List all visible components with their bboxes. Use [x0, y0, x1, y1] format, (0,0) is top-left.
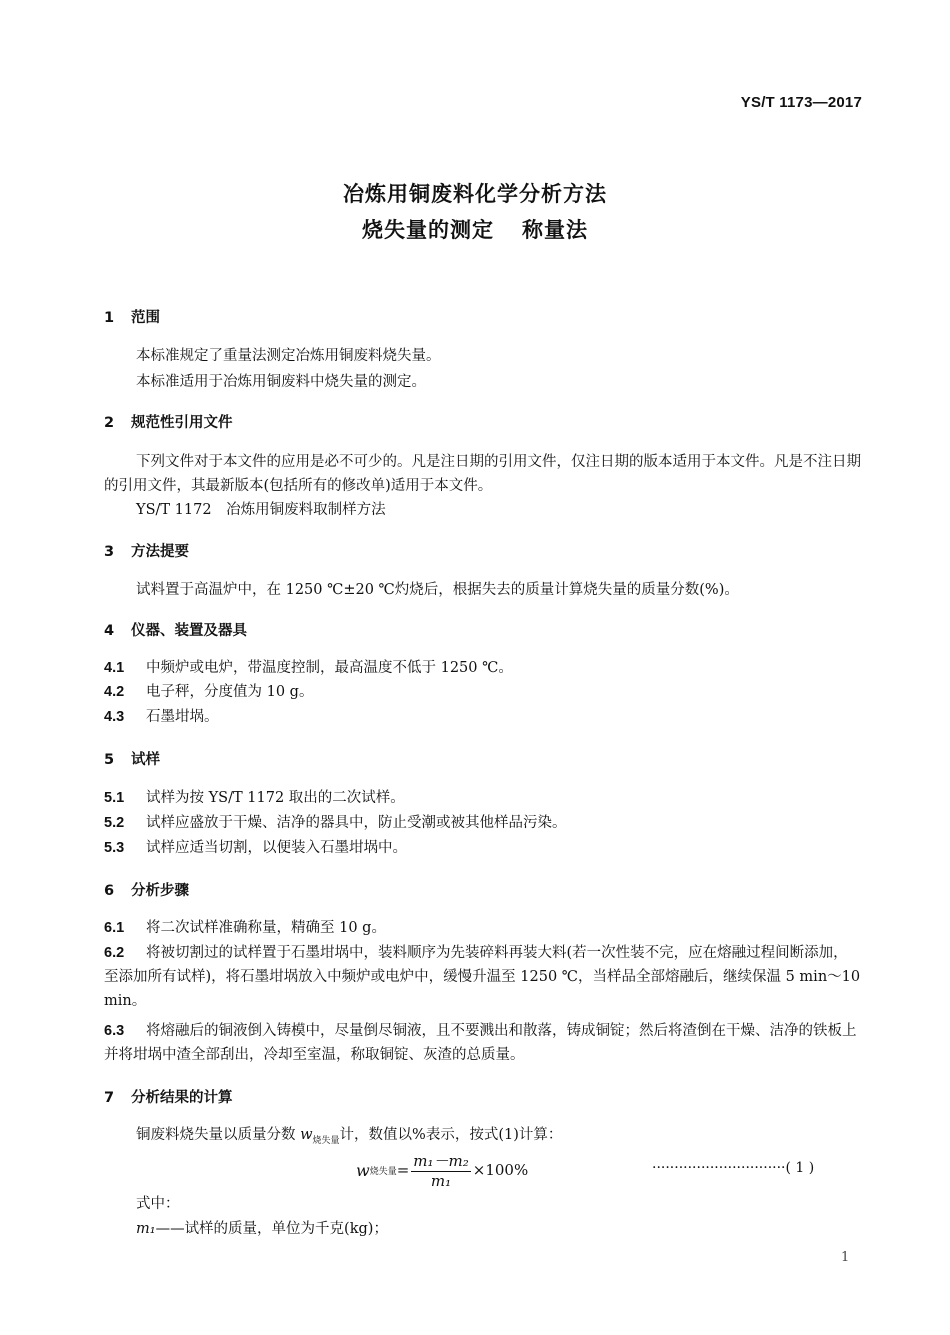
section-2-heading: 2规范性引用文件 [104, 411, 233, 432]
clause-5-1: 5.1试样为按 YS/T 1172 取出的二次试样。 [104, 786, 862, 810]
section-6-heading: 6分析步骤 [104, 879, 189, 900]
section-1-heading: 1范围 [104, 306, 160, 327]
page-number: 1 [841, 1250, 849, 1265]
definition-m1: m₁——试样的质量，单位为千克(kg)； [136, 1217, 894, 1241]
where-label: 式中： [136, 1192, 894, 1216]
section-1-para-2: 本标准适用于冶炼用铜废料中烧失量的测定。 [136, 370, 894, 394]
clause-5-3: 5.3试样应适当切割，以便装入石墨坩埚中。 [104, 836, 862, 860]
section-4-heading: 4仪器、装置及器具 [104, 619, 247, 640]
section-7-intro: 铜废料烧失量以质量分数 w烧失量计，数值以%表示，按式(1)计算： [136, 1123, 894, 1153]
clause-5-2: 5.2试样应盛放于干燥、洁净的器具中，防止受潮或被其他样品污染。 [104, 811, 862, 835]
fraction: m₁－m₂ m₁ [411, 1150, 470, 1190]
normative-reference: YS/T 1172 冶炼用铜废料取制样方法 [136, 498, 894, 522]
section-1-para-1: 本标准规定了重量法测定冶炼用铜废料烧失量。 [136, 344, 894, 368]
title-part-b: 称量法 [522, 218, 588, 242]
clause-6-2: 6.2将被切割过的试样置于石墨坩埚中，装料顺序为先装碎料再装大料(若一次性装不完… [104, 941, 862, 1013]
standard-code: YS/T 1173—2017 [741, 94, 862, 111]
document-title-line1: 冶炼用铜废料化学分析方法 [0, 178, 950, 208]
document-title-line2: 烧失量的测定称量法 [0, 214, 950, 244]
section-7-heading: 7分析结果的计算 [104, 1086, 233, 1107]
section-3-para: 试料置于高温炉中，在 1250 ℃±20 ℃灼烧后，根据失去的质量计算烧失量的质… [104, 578, 862, 602]
section-3-heading: 3方法提要 [104, 540, 189, 561]
clause-6-3: 6.3将熔融后的铜液倒入铸模中，尽量倒尽铜液，且不要溅出和散落，铸成铜锭；然后将… [104, 1019, 862, 1067]
formula-1: w烧失量 = m₁－m₂ m₁ ×100% [356, 1150, 528, 1190]
section-2-para: 下列文件对于本文件的应用是必不可少的。凡是注日期的引用文件，仅注日期的版本适用于… [104, 450, 862, 498]
section-5-heading: 5试样 [104, 748, 160, 769]
clause-4-2: 4.2电子秤，分度值为 10 g。 [104, 680, 862, 704]
clause-6-1: 6.1将二次试样准确称量，精确至 10 g。 [104, 916, 862, 940]
clause-4-1: 4.1中频炉或电炉，带温度控制，最高温度不低于 1250 ℃。 [104, 656, 862, 680]
title-part-a: 烧失量的测定 [362, 218, 494, 242]
clause-4-3: 4.3石墨坩埚。 [104, 705, 862, 729]
equation-number: ······························( 1 ) [652, 1160, 814, 1176]
